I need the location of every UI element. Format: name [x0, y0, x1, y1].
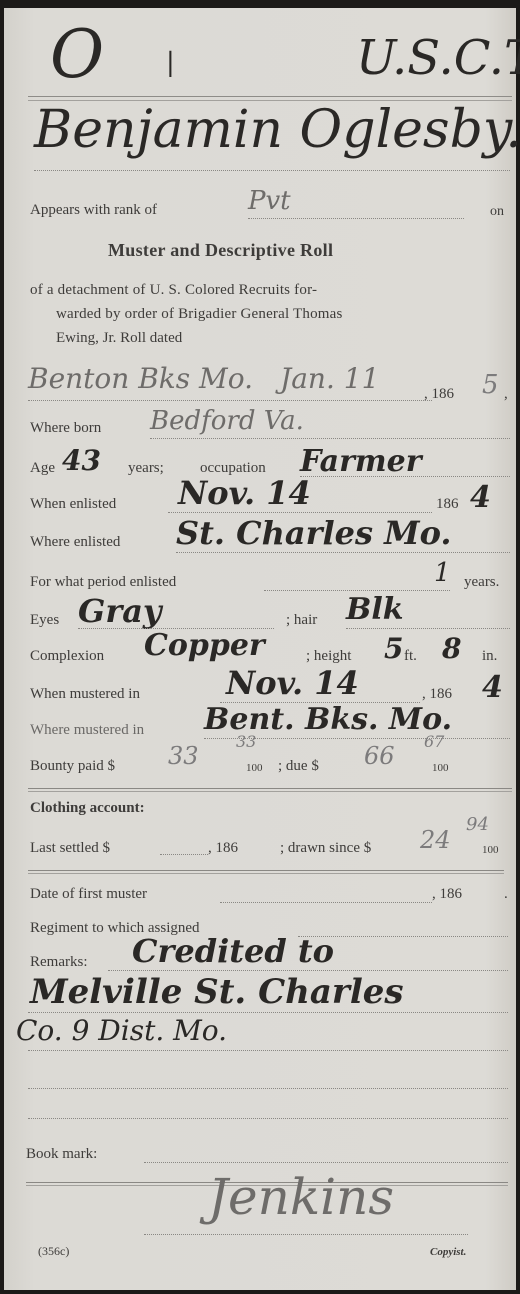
last-settled-label: Last settled $: [30, 840, 110, 857]
height-inches: 8: [442, 632, 461, 665]
hair-value: Blk: [346, 592, 404, 627]
roll-description-line2: warded by order of Brigadier General Tho…: [56, 306, 343, 323]
bounty-due: 66: [364, 742, 395, 770]
clothing-title: Clothing account:: [30, 800, 145, 817]
where-born-label: Where born: [30, 420, 101, 437]
bounty-label: Bounty paid $: [30, 758, 115, 775]
roll-description-line3: Ewing, Jr. Roll dated: [56, 330, 182, 347]
when-mustered-value: Nov. 14: [226, 664, 359, 702]
height-label: ; height: [306, 648, 351, 665]
hair-line: [346, 628, 510, 629]
when-enlisted-line: [168, 512, 432, 513]
rank-line: [248, 218, 464, 219]
roll-dated-place: Benton Bks Mo.: [28, 362, 253, 395]
first-muster-trail: .: [504, 886, 508, 903]
period-label: For what period enlisted: [30, 574, 176, 591]
header-rule: [28, 96, 512, 97]
where-born-line: [150, 438, 510, 439]
rank-label: Appears with rank of: [30, 202, 157, 219]
where-enlisted-line: [176, 552, 510, 553]
eyes-value: Gray: [78, 592, 162, 630]
roll-description-line1: of a detachment of U. S. Colored Recruit…: [30, 282, 317, 299]
when-mustered-year-suffix: 4: [482, 670, 503, 705]
eyes-label: Eyes: [30, 612, 59, 629]
last-settled-year: , 186: [208, 840, 238, 857]
height-ft-label: ft.: [404, 648, 417, 665]
age-label: Age: [30, 460, 55, 477]
copyist-label: Copyist.: [430, 1246, 466, 1258]
drawn-since-value: 24: [420, 826, 451, 854]
header-tick: |: [166, 48, 175, 78]
book-mark-label: Book mark:: [26, 1146, 97, 1163]
roll-dated-year-suffix: 5: [482, 370, 499, 400]
first-muster-year: , 186: [432, 886, 462, 903]
bounty-due-label: ; due $: [278, 758, 319, 775]
where-mustered-label: Where mustered in: [30, 722, 144, 739]
copyist-line: [144, 1234, 468, 1235]
drawn-since-cents: 94: [466, 814, 489, 835]
roll-dated-line: [28, 400, 432, 401]
period-unit: years.: [464, 574, 499, 591]
header-unit: U.S.C.T.: [356, 30, 520, 86]
age-years-label: years;: [128, 460, 164, 477]
book-mark-line: [144, 1162, 508, 1163]
when-enlisted-year-suffix: 4: [470, 480, 491, 515]
header-initial: O: [50, 16, 104, 93]
remarks-line1: Credited to: [132, 932, 334, 970]
drawn-since-frac: 100: [482, 844, 499, 856]
when-mustered-year: , 186: [422, 686, 452, 703]
remarks-line5-rule: [28, 1118, 508, 1119]
roll-title: Muster and Descriptive Roll: [108, 240, 333, 261]
form-number: (356c): [38, 1244, 69, 1259]
drawn-since-label: ; drawn since $: [280, 840, 371, 857]
service-record-card: O | U.S.C.T. Benjamin Oglesby. Appears w…: [4, 8, 516, 1290]
roll-dated-trail: ,: [504, 386, 508, 403]
first-muster-label: Date of first muster: [30, 886, 147, 903]
period-line: [264, 590, 450, 591]
rank-value: Pvt: [248, 186, 291, 216]
first-muster-line: [220, 902, 432, 903]
remarks-label: Remarks:: [30, 954, 88, 971]
where-enlisted-value: St. Charles Mo.: [176, 514, 452, 552]
remarks-line2-rule: [28, 1012, 508, 1013]
clothing-divider: [28, 870, 504, 874]
where-born-value: Bedford Va.: [150, 406, 304, 436]
period-value: 1: [434, 558, 451, 588]
age-value: 43: [62, 444, 101, 477]
age-line: [300, 476, 510, 477]
complexion-value: Copper: [144, 628, 265, 663]
bounty-paid-cents: 33: [236, 732, 256, 751]
when-enlisted-value: Nov. 14: [178, 474, 311, 512]
occupation-value: Farmer: [300, 444, 422, 479]
when-enlisted-label: When enlisted: [30, 496, 116, 513]
name-line: [34, 170, 510, 171]
copyist-signature: Jenkins: [208, 1168, 394, 1226]
height-in-label: in.: [482, 648, 497, 665]
hair-label: ; hair: [286, 612, 317, 629]
remarks-line1-rule: [108, 970, 508, 971]
bounty-due-cents: 67: [424, 732, 444, 751]
where-enlisted-label: Where enlisted: [30, 534, 120, 551]
remarks-line2: Melville St. Charles: [30, 972, 404, 1012]
when-enlisted-year: 186: [436, 496, 459, 513]
bounty-due-frac: 100: [432, 762, 449, 774]
remarks-line3: Co. 9 Dist. Mo.: [16, 1014, 227, 1047]
roll-dated-year: , 186: [424, 386, 454, 403]
remarks-line4-rule: [28, 1088, 508, 1089]
soldier-name: Benjamin Oglesby.: [34, 100, 520, 160]
height-feet: 5: [384, 632, 403, 665]
bounty-paid-frac: 100: [246, 762, 263, 774]
complexion-label: Complexion: [30, 648, 104, 665]
bounty-divider: [28, 788, 512, 792]
last-settled-line: [160, 854, 208, 855]
bounty-paid: 33: [168, 742, 199, 770]
roll-dated-date: Jan. 11: [280, 362, 379, 395]
when-mustered-label: When mustered in: [30, 686, 140, 703]
remarks-line3-rule: [28, 1050, 508, 1051]
rank-suffix: on: [490, 204, 504, 220]
